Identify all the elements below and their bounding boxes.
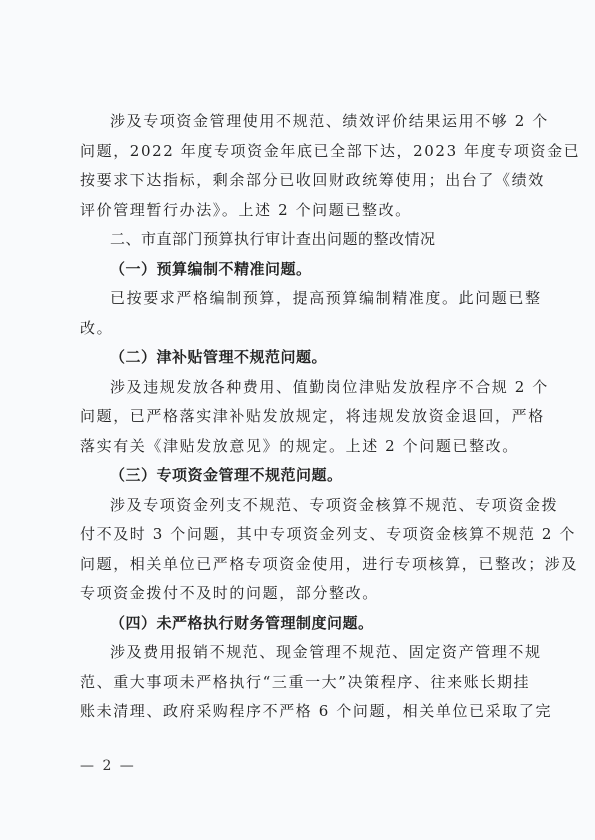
paragraph-line: 涉及专项资金列支不规范、专项资金核算不规范、专项资金拨	[80, 491, 522, 521]
subsection-heading: （二）津补贴管理不规范问题。	[80, 343, 522, 373]
page-number: — 2 —	[80, 758, 136, 774]
paragraph-line: 涉及专项资金管理使用不规范、绩效评价结果运用不够 2 个	[80, 107, 522, 137]
paragraph-line: 专项资金拨付不及时的问题，部分整改。	[80, 579, 522, 609]
paragraph-line: 按要求下达指标，剩余部分已收回财政统筹使用；出台了《绩效	[80, 166, 522, 196]
section-heading: 二、市直部门预算执行审计查出问题的整改情况	[80, 225, 522, 255]
paragraph-line: 涉及违规发放各种费用、值勤岗位津贴发放程序不合规 2 个	[80, 373, 522, 403]
paragraph-line: 问题，相关单位已严格专项资金使用，进行专项核算，已整改；涉及	[80, 550, 522, 580]
subsection-heading: （四）未严格执行财务管理制度问题。	[80, 609, 522, 639]
paragraph-line: 问题，2022 年度专项资金年底已全部下达，2023 年度专项资金已	[80, 137, 522, 167]
paragraph-line: 评价管理暂行办法》。上述 2 个问题已整改。	[80, 196, 522, 226]
paragraph-line: 落实有关《津贴发放意见》的规定。上述 2 个问题已整改。	[80, 432, 522, 462]
subsection-heading: （一）预算编制不精准问题。	[80, 255, 522, 285]
paragraph-line: 已按要求严格编制预算，提高预算编制精准度。此问题已整	[80, 284, 522, 314]
paragraph-line: 涉及费用报销不规范、现金管理不规范、固定资产管理不规	[80, 638, 522, 668]
paragraph-line: 问题，已严格落实津补贴发放规定，将违规发放资金退回，严格	[80, 402, 522, 432]
subsection-heading: （三）专项资金管理不规范问题。	[80, 461, 522, 491]
paragraph-line: 范、重大事项未严格执行“三重一大”决策程序、往来账长期挂	[80, 668, 522, 698]
document-page: 涉及专项资金管理使用不规范、绩效评价结果运用不够 2 个 问题，2022 年度专…	[80, 107, 522, 727]
paragraph-line: 付不及时 3 个问题，其中专项资金列支、专项资金核算不规范 2 个	[80, 520, 522, 550]
paragraph-line: 改。	[80, 314, 522, 344]
paragraph-line: 账未清理、政府采购程序不严格 6 个问题，相关单位已采取了完	[80, 697, 522, 727]
